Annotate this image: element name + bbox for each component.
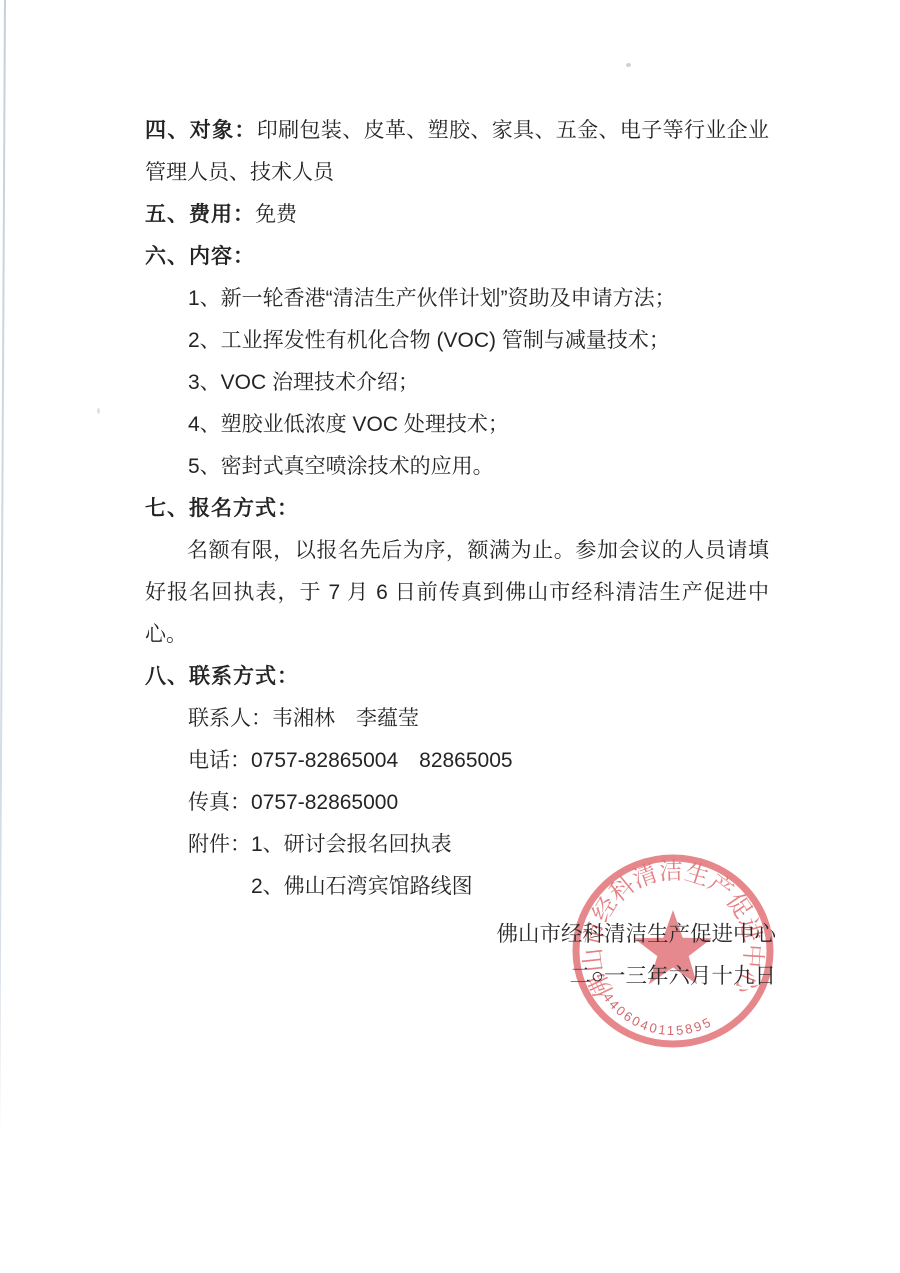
scan-speck [626,63,631,67]
section-contact-heading: 八、联系方式： [145,656,769,698]
scan-edge-artifact [0,0,6,1273]
attachment-line-2: 2、佛山石湾宾馆路线图 [145,866,769,908]
agenda-item-3: 3、VOC 治理技术介绍； [145,362,769,404]
section-registration-heading: 七、报名方式： [145,488,769,530]
attachment-line-1: 附件：1、研讨会报名回执表 [145,824,769,866]
section-fee: 五、费用：免费 [145,194,769,236]
scanned-document-page: 四、对象：印刷包装、皮革、塑胶、家具、五金、电子等行业企业管理人员、技术人员 五… [0,0,900,1273]
scan-speck [97,408,100,414]
section-agenda-heading: 六、内容： [145,236,769,278]
contact-fax-line: 传真：0757-82865000 [145,782,769,824]
document-body: 四、对象：印刷包装、皮革、塑胶、家具、五金、电子等行业企业管理人员、技术人员 五… [145,110,769,908]
registration-paragraph: 名额有限，以报名先后为序，额满为止。参加会议的人员请填好报名回执表，于 7 月 … [145,530,769,656]
section-fee-heading: 五、费用： [145,203,255,226]
agenda-item-4: 4、塑胶业低浓度 VOC 处理技术； [145,404,769,446]
section-fee-text: 免费 [255,203,297,226]
agenda-item-2: 2、工业挥发性有机化合物 (VOC) 管制与减量技术； [145,320,769,362]
agenda-item-1: 1、新一轮香港“清洁生产伙伴计划”资助及申请方法； [145,278,769,320]
signature-block: 佛山市经科清洁生产促进中心 二○一三年六月十九日 [496,913,776,997]
signature-date: 二○一三年六月十九日 [496,955,776,997]
section-object-heading: 四、对象： [145,119,257,142]
signature-org: 佛山市经科清洁生产促进中心 [496,913,776,955]
contact-person-line: 联系人：韦湘林 李蕴莹 [145,698,769,740]
contact-phone-line: 电话：0757-82865004 82865005 [145,740,769,782]
agenda-item-5: 5、密封式真空喷涂技术的应用。 [145,446,769,488]
section-object: 四、对象：印刷包装、皮革、塑胶、家具、五金、电子等行业企业管理人员、技术人员 [145,110,769,194]
